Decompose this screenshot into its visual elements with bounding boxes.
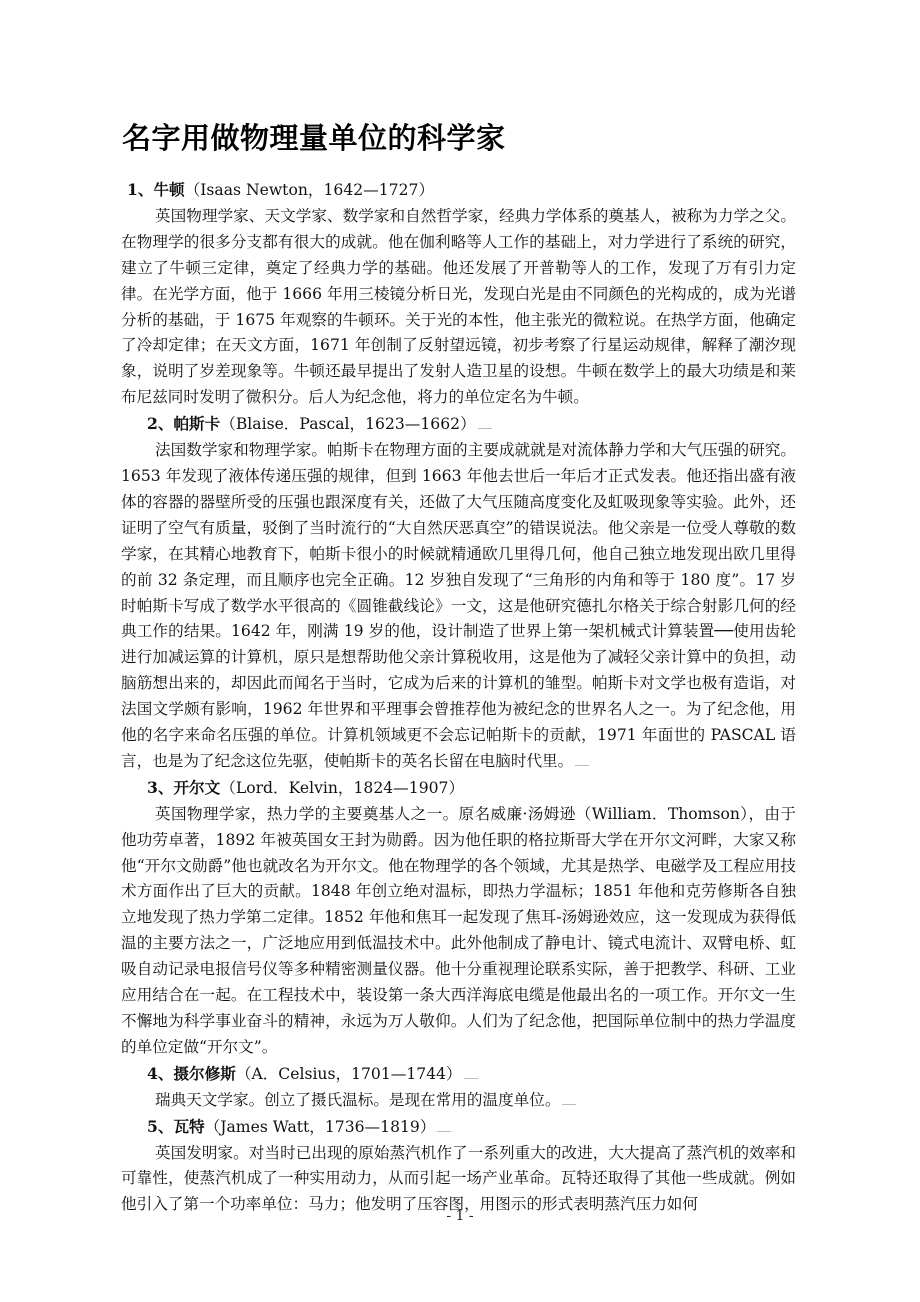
section-heading: 1、牛顿（Isaas Newton，1642—1727） <box>121 177 796 204</box>
section-paragraph: 法国数学家和物理学家。帕斯卡在物理方面的主要成就就是对流体静力学和大气压强的研究… <box>121 438 796 775</box>
section-newton: 1、牛顿（Isaas Newton，1642—1727） 英国物理学家、天文学家… <box>121 177 796 411</box>
section-heading: 3、开尔文（Lord．Kelvin，1824—1907） <box>121 775 796 802</box>
scientist-name: 瓦特 <box>173 1117 204 1136</box>
scientist-info: （Isaas Newton，1642—1727） <box>185 181 434 199</box>
paragraph-mark <box>478 428 492 429</box>
paragraph-text: 法国数学家和物理学家。帕斯卡在物理方面的主要成就就是对流体静力学和大气压强的研究… <box>121 441 796 770</box>
section-paragraph: 瑞典天文学家。创立了摄氏温标。是现在常用的温度单位。 <box>121 1088 796 1114</box>
scientist-name: 摄尔修斯 <box>173 1064 235 1083</box>
section-number: 2、 <box>147 414 173 433</box>
paragraph-mark <box>562 1104 576 1105</box>
section-number: 5、 <box>147 1117 173 1136</box>
section-kelvin: 3、开尔文（Lord．Kelvin，1824—1907） 英国物理学家，热力学的… <box>121 775 796 1061</box>
section-number: 3、 <box>147 778 173 797</box>
section-heading: 4、摄尔修斯（A．Celsius，1701—1744） <box>121 1061 796 1088</box>
scientist-info: （Blaise．Pascal，1623—1662） <box>220 415 475 433</box>
section-pascal: 2、帕斯卡（Blaise．Pascal，1623—1662） 法国数学家和物理学… <box>121 411 796 775</box>
scientist-name: 开尔文 <box>173 778 220 797</box>
document-title: 名字用做物理量单位的科学家 <box>122 116 506 157</box>
section-heading: 2、帕斯卡（Blaise．Pascal，1623—1662） <box>121 411 796 438</box>
scientist-name: 帕斯卡 <box>173 414 220 433</box>
paragraph-mark <box>575 765 589 766</box>
scientist-info: （A．Celsius，1701—1744） <box>236 1065 462 1083</box>
paragraph-text: 瑞典天文学家。创立了摄氏温标。是现在常用的温度单位。 <box>155 1091 560 1109</box>
paragraph-mark <box>437 1131 451 1132</box>
section-paragraph: 英国物理学家，热力学的主要奠基人之一。原名威廉·汤姆逊（William．Thom… <box>121 802 796 1061</box>
document-page: 名字用做物理量单位的科学家 1、牛顿（Isaas Newton，1642—172… <box>0 0 920 1302</box>
section-number: 4、 <box>147 1064 173 1083</box>
document-body: 1、牛顿（Isaas Newton，1642—1727） 英国物理学家、天文学家… <box>121 177 796 1218</box>
section-heading: 5、瓦特（James Watt，1736—1819） <box>121 1114 796 1141</box>
section-number: 1、 <box>127 180 153 199</box>
scientist-info: （Lord．Kelvin，1824—1907） <box>220 779 464 797</box>
section-celsius: 4、摄尔修斯（A．Celsius，1701—1744） 瑞典天文学家。创立了摄氏… <box>121 1061 796 1114</box>
scientist-info: （James Watt，1736—1819） <box>205 1118 436 1136</box>
page-number: - 1 - <box>0 1208 920 1224</box>
paragraph-mark <box>464 1078 478 1079</box>
scientist-name: 牛顿 <box>153 180 184 199</box>
section-paragraph: 英国发明家。对当时已出现的原始蒸汽机作了一系列重大的改进，大大提高了蒸汽机的效率… <box>121 1141 796 1219</box>
section-paragraph: 英国物理学家、天文学家、数学家和自然哲学家，经典力学体系的奠基人，被称为力学之父… <box>121 204 796 411</box>
section-watt: 5、瓦特（James Watt，1736—1819） 英国发明家。对当时已出现的… <box>121 1114 796 1219</box>
